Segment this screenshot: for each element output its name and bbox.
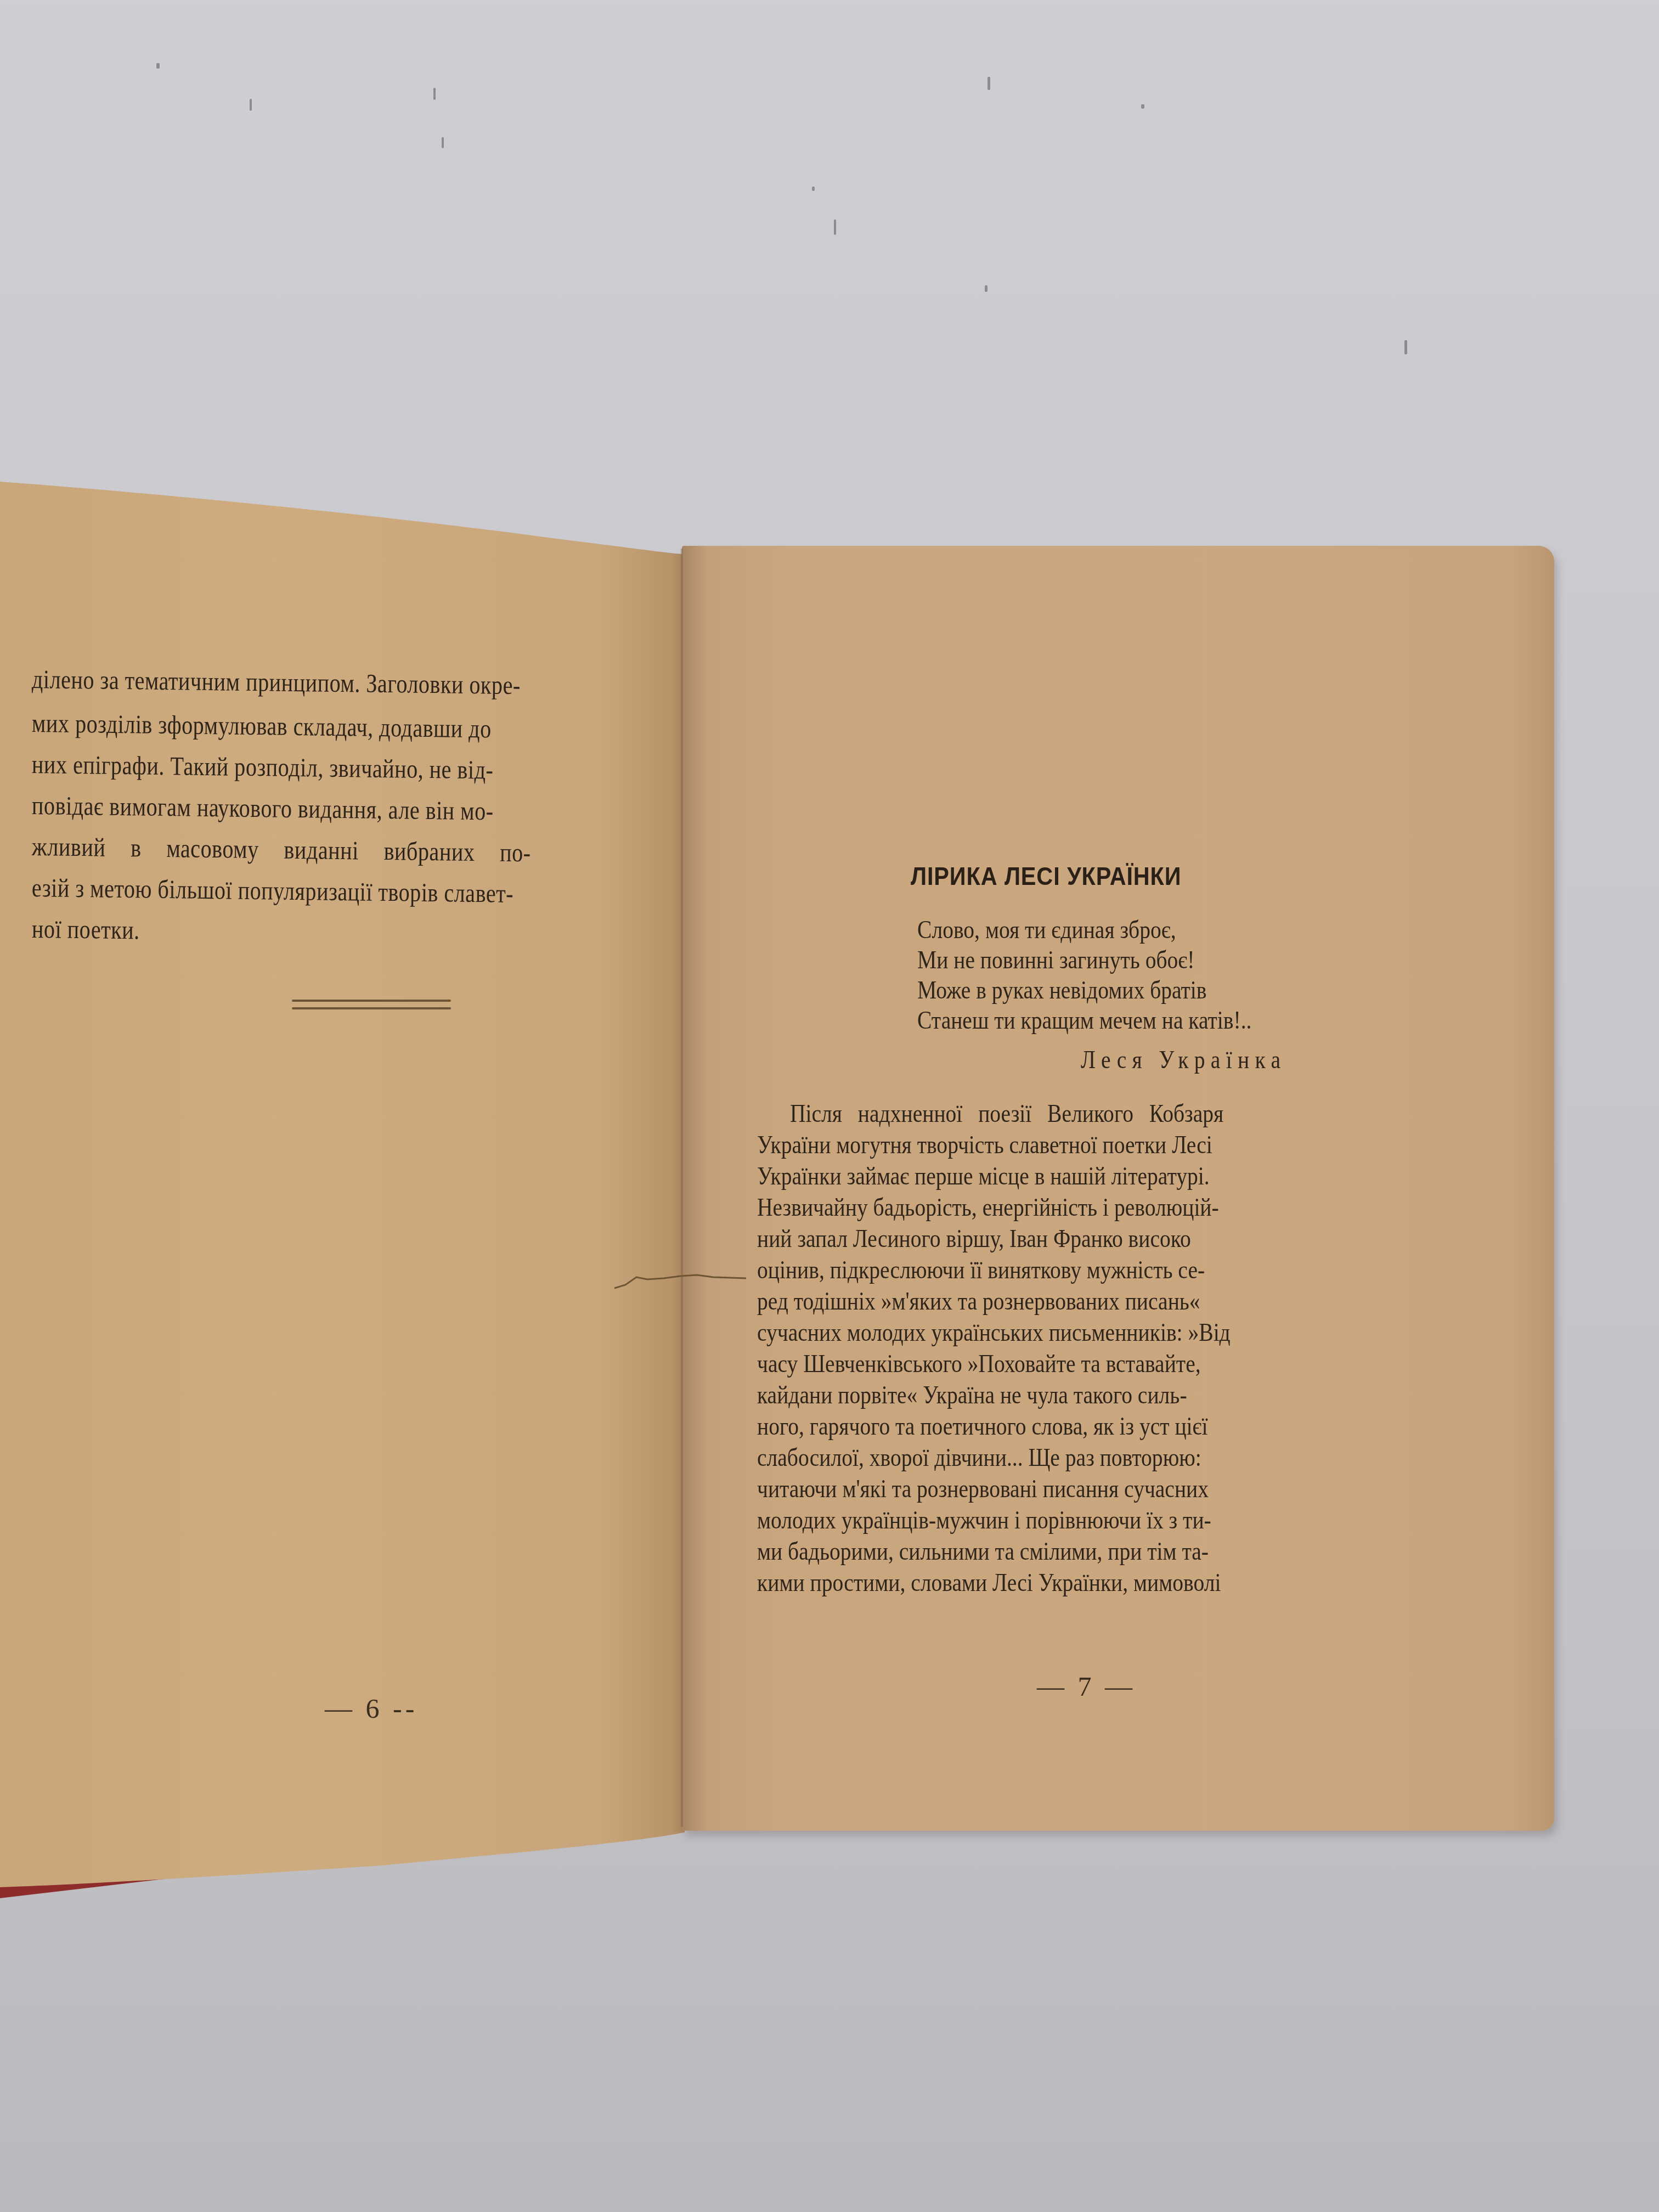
- dust-speck: [1141, 104, 1144, 109]
- text-line: ної поетки.: [32, 913, 140, 946]
- epigraph-line: Станеш ти кращим мечем на катів!..: [917, 1006, 1251, 1035]
- text-line: сучасних молодих українських письменникі…: [757, 1318, 1323, 1347]
- text-line: ділено за тематичним принципом. Заголовк…: [32, 664, 521, 702]
- text-line: ного, гарячого та поетичного слова, як і…: [757, 1412, 1323, 1441]
- text-line: кайдани порвіте« Україна не чула такого …: [757, 1380, 1323, 1409]
- paper-tear: [614, 1273, 746, 1289]
- text-line: них епіграфи. Такий розподіл, звичайно, …: [32, 749, 494, 786]
- text-line: езій з метою більшої популяризації творі…: [32, 872, 513, 910]
- text-line: жливий в масовому виданні вибраних по-: [32, 831, 531, 869]
- dust-speck: [812, 187, 815, 191]
- epigraph-line: Ми не повинні загинуть обоє!: [917, 945, 1194, 974]
- text-line: Українки займає перше місце в нашій літе…: [757, 1161, 1323, 1190]
- dust-speck: [834, 219, 836, 235]
- text-line: читаючи м'які та рознервовані писання су…: [757, 1474, 1323, 1503]
- chapter-title: ЛІРИКА ЛЕСІ УКРАЇНКИ: [911, 861, 1181, 891]
- text-line: Після надхненної поезії Великого Кобзаря: [790, 1099, 1356, 1128]
- page-number-left: — 6 --: [325, 1692, 417, 1724]
- text-line: мих розділів зформулював складач, додавш…: [32, 708, 492, 745]
- text-line: оцінив, підкреслюючи її виняткову мужніс…: [757, 1255, 1323, 1284]
- dust-speck: [250, 99, 252, 111]
- page-number-right: — 7 —: [1037, 1671, 1136, 1702]
- text-line: молодих українців-мужчин і порівнюючи їх…: [757, 1505, 1323, 1534]
- text-line: слабосилої, хворої дівчини... Ще раз пов…: [757, 1443, 1323, 1472]
- text-line: Незвичайну бадьорість, енергійність і ре…: [757, 1193, 1323, 1222]
- dust-speck: [988, 77, 990, 90]
- epigraph-line: Може в руках невідомих братів: [917, 975, 1207, 1005]
- epigraph-author: Леся Українка: [1081, 1045, 1286, 1074]
- dust-speck: [442, 137, 444, 148]
- book-spine-gutter: [680, 549, 684, 1827]
- text-line: ми бадьорими, сильними та смілими, при т…: [757, 1537, 1323, 1566]
- dust-speck: [433, 88, 436, 100]
- dust-speck: [985, 285, 988, 292]
- text-line: часу Шевченківського »Поховайте та встав…: [757, 1349, 1323, 1378]
- text-line: ред тодішніх »м'яких та рознервованих пи…: [757, 1286, 1323, 1316]
- section-divider-rule: [292, 1007, 451, 1009]
- text-line: України могутня творчість славетної поет…: [757, 1130, 1323, 1159]
- text-line: кими простими, словами Лесі Українки, ми…: [757, 1568, 1323, 1597]
- dust-speck: [156, 63, 160, 69]
- dust-speck: [1404, 340, 1407, 354]
- section-divider-rule: [292, 1000, 451, 1002]
- epigraph-line: Слово, моя ти єдиная зброє,: [917, 915, 1176, 944]
- text-line: повідає вимогам наукового видання, але в…: [32, 790, 494, 827]
- text-line: ний запал Лесиного віршу, Іван Франко ви…: [757, 1224, 1323, 1253]
